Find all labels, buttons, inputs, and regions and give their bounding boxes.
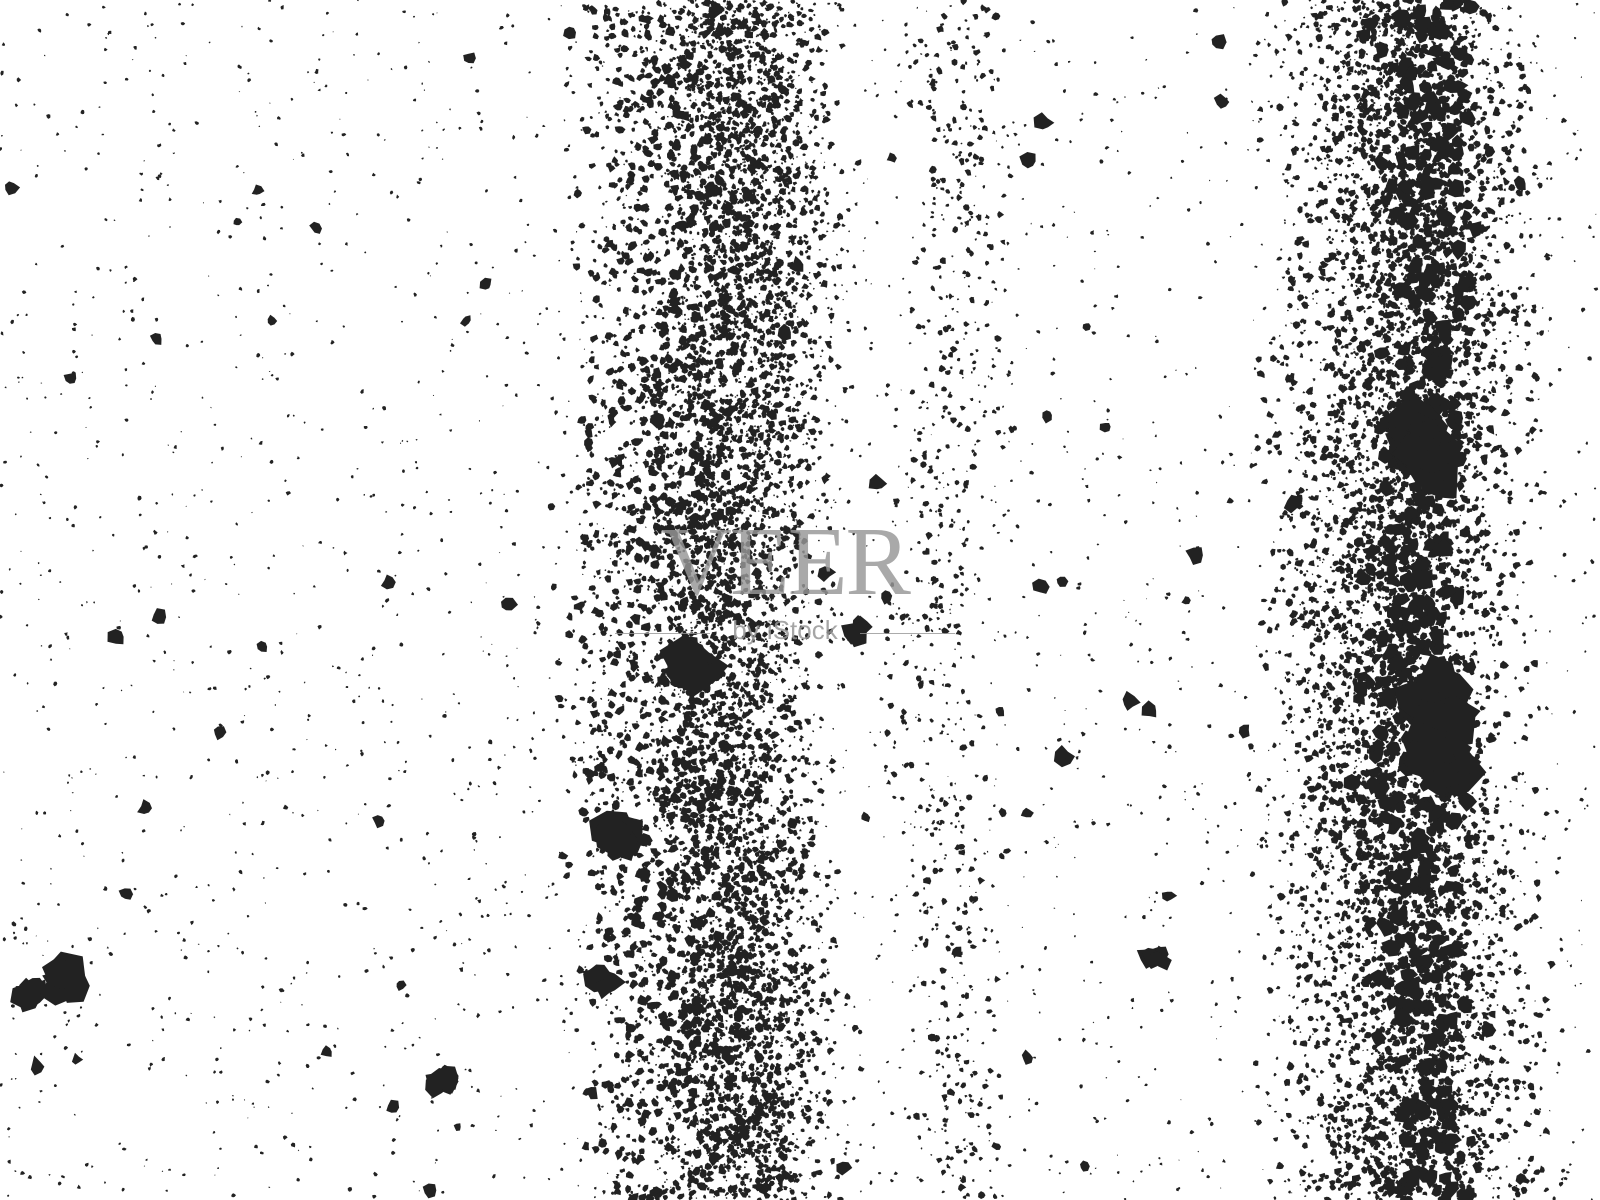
grunge-texture	[0, 0, 1600, 1200]
